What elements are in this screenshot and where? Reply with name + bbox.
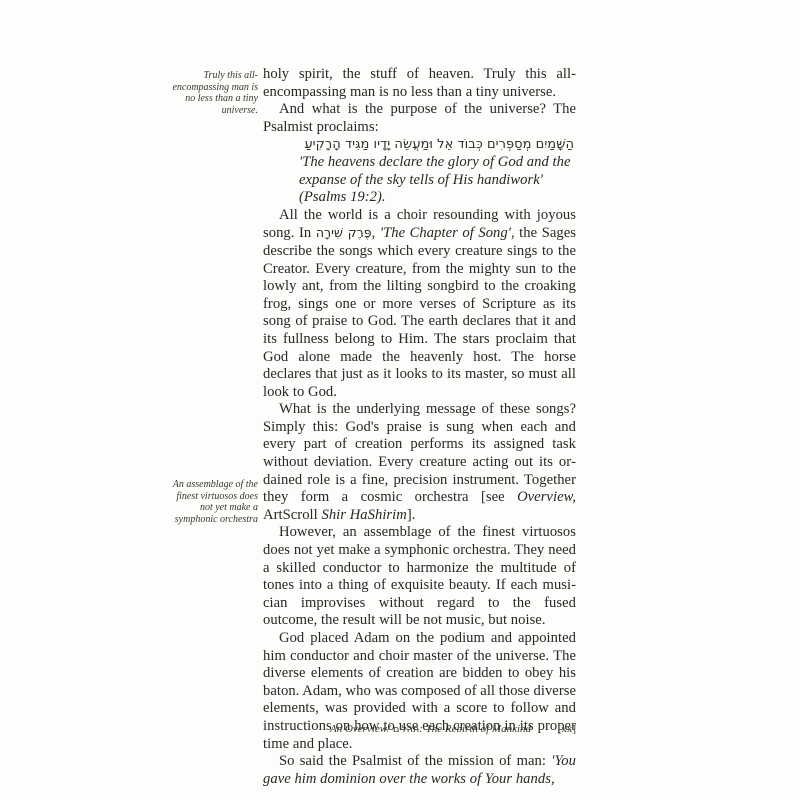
paragraph-4: What is the underlying message of these …: [263, 401, 576, 524]
book-page: Truly this all-encompassing man is no le…: [0, 0, 800, 800]
paragraph-2: And what is the purpose of the universe?…: [263, 101, 576, 136]
running-title-hebrew: תהלים: [393, 724, 419, 735]
running-title-a: An Overview/: [330, 723, 393, 735]
p4-text-b: ArtScroll: [263, 507, 321, 523]
page-number: [xx]: [558, 722, 576, 737]
p3-text-c: , the Sages describe the songs which eve…: [263, 225, 576, 399]
running-title: An Overview/ תהלים: The Rebirth of Manki…: [330, 722, 531, 737]
paragraph-7: So said the Psalmist of the mission of m…: [263, 753, 576, 788]
paragraph-5: However, an assemblage of the finest vir…: [263, 524, 576, 630]
running-title-b: : The Rebirth of Mankind: [419, 723, 531, 735]
margin-note-tiny-universe: Truly this all-encompassing man is no le…: [166, 70, 258, 116]
p3-text-b: ,: [372, 225, 380, 241]
scripture-quote: הַשָּׁמַיִם מְסַפְּרִים כְּבוֹד אֵל וּמַ…: [299, 136, 576, 206]
verse-translation: 'The heavens declare the glory of God an…: [299, 154, 576, 207]
p4-ref-shir-hashirim: Shir HaShirim: [321, 507, 406, 523]
verse-hebrew: הַשָּׁמַיִם מְסַפְּרִים כְּבוֹד אֵל וּמַ…: [299, 136, 576, 154]
paragraph-3: All the world is a choir resounding with…: [263, 207, 576, 402]
main-text-column: holy spirit, the stuff of heaven. Truly …: [263, 66, 576, 788]
p4-ref-overview: Overview,: [517, 489, 576, 505]
running-footer: An Overview/ תהלים: The Rebirth of Manki…: [330, 722, 576, 737]
paragraph-1: holy spirit, the stuff of heaven. Truly …: [263, 66, 576, 101]
p3-hebrew-title: פֶּרֶק שִׁירָה: [316, 225, 372, 240]
p4-text-c: ].: [407, 507, 416, 523]
margin-note-virtuosos: An assemblage of the finest virtuosos do…: [162, 479, 258, 525]
p3-title-translation: 'The Chapter of Song': [380, 225, 511, 241]
p7-text: So said the Psalmist of the mission of m…: [279, 753, 551, 769]
